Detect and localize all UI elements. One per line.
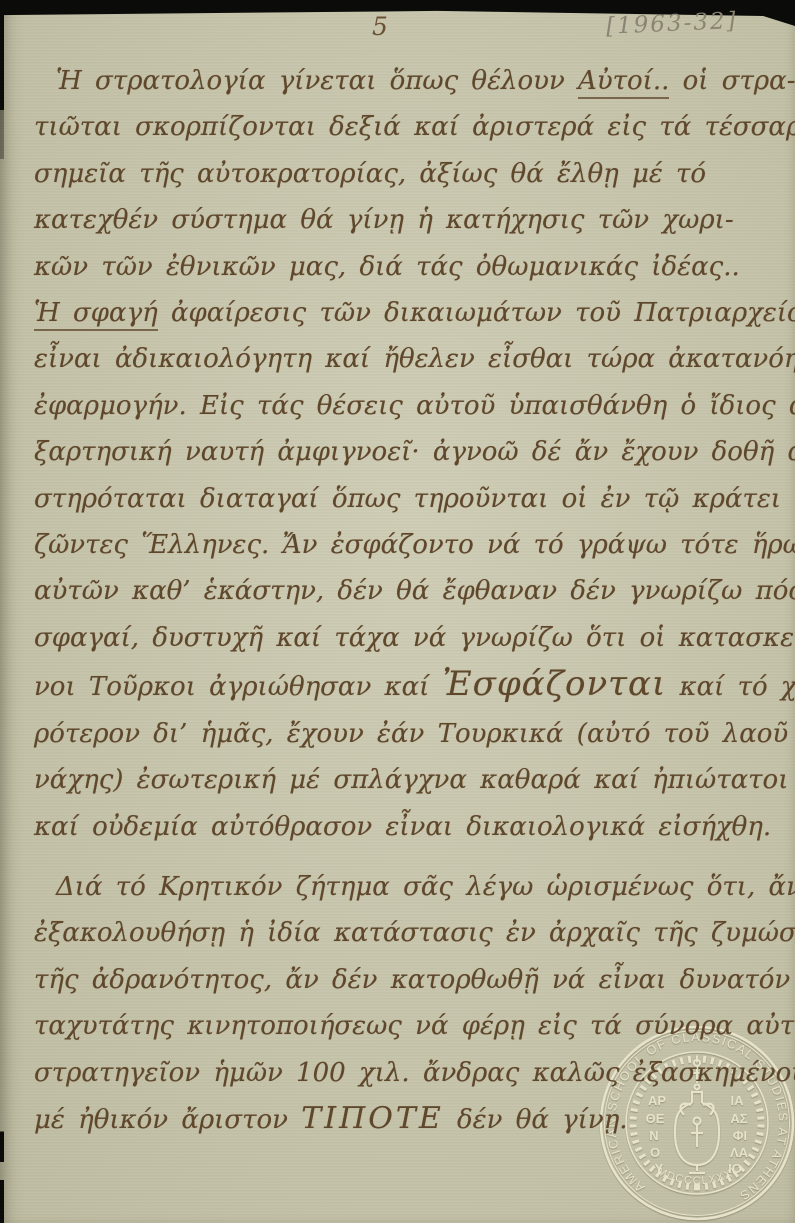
manuscript-line: καί οὐδεμία αὐτόθρασον εἶναι δικαιολογικ… (34, 804, 782, 850)
manuscript-line: τῆς ἀδρανότητος, ἄν δέν κατορθωθῇ νά εἶν… (34, 957, 782, 1003)
manuscript-line: τιῶται σκορπίζονται δεξιά καί ἀριστερά ε… (34, 104, 782, 150)
page-number: 5 (372, 12, 388, 41)
manuscript-line: ζῶντες Ἕλληνες. Ἄν ἐσφάζοντο νά τό γράψω… (34, 522, 782, 568)
manuscript-line: ἐφαρμογήν. Εἰς τάς θέσεις αὐτοῦ ὑπαισθάν… (34, 383, 782, 429)
caps-word: ΤΙΠΟΤΕ (301, 1101, 444, 1136)
manuscript-line: ταχυτάτης κινητοποιήσεως νά φέρῃ εἰς τά … (34, 1003, 782, 1049)
line-text: καί τό χει- (666, 672, 795, 702)
manuscript-scan: 5 [1963-32] AMERICAN SCHOOL OF CLASSICAL… (0, 0, 795, 1223)
manuscript-line: σφαγαί, δυστυχῆ καί τάχα νά γνωρίζω ὅτι … (34, 615, 782, 661)
manuscript-line: Ἡ στρατολογία γίνεται ὅπως θέλουν Αὐτοί.… (34, 58, 782, 104)
manuscript-line: σημεῖα τῆς αὐτοκρατορίας, ἀξίως θά ἔλθῃ … (34, 151, 782, 197)
line-text: δέν θά γίνῃ. (444, 1105, 628, 1135)
manuscript-line: ἐξακολουθήσῃ ἡ ἰδία κατάστασις ἐν ἀρχαῖς… (34, 910, 782, 956)
line-text: ἀφαίρεσις τῶν δικαιωμάτων τοῦ Πατριαρχεί… (158, 298, 795, 328)
line-text: μέ ἠθικόν ἄριστον (34, 1105, 301, 1135)
manuscript-line: αὐτῶν καθ’ ἑκάστην, δέν θά ἔφθαναν δέν γ… (34, 568, 782, 614)
manuscript-line: στρατηγεῖον ἡμῶν 100 χιλ. ἄνδρας καλῶς ἐ… (34, 1050, 782, 1096)
underlined-word: Αὐτοί.. (578, 66, 669, 99)
manuscript-line: μέ ἠθικόν ἄριστον ΤΙΠΟΤΕ δέν θά γίνῃ. (34, 1096, 782, 1143)
manuscript-line: εἶναι ἀδικαιολόγητη καί ἤθελεν εἶσθαι τώ… (34, 336, 782, 382)
manuscript-line: νοι Τοῦρκοι ἀγριώθησαν καί Ἐσφάζονται κα… (34, 661, 782, 710)
manuscript-line: ξαρτησική ναυτή ἀμφιγνοεῖ· ἀγνοῶ δέ ἄν ἔ… (34, 429, 782, 475)
manuscript-line: νάχης) ἐσωτερική μέ σπλάγχνα καθαρά καί … (34, 757, 782, 803)
scan-left-edge (0, 0, 4, 1223)
manuscript-line: Ἡ σφαγή ἀφαίρεσις τῶν δικαιωμάτων τοῦ Πα… (34, 290, 782, 336)
emphasized-word: Ἐσφάζονται (443, 664, 667, 704)
manuscript-line: ρότερον δι’ ἡμᾶς, ἔχουν ἐάν Τουρκικά (αὐ… (34, 711, 782, 757)
svg-text:ΙΟ: ΙΟ (728, 1161, 742, 1176)
manuscript-line: Διά τό Κρητικόν ζήτημα σᾶς λέγω ὡρισμένω… (34, 864, 782, 910)
line-text: νοι Τοῦρκοι ἀγριώθησαν καί (34, 672, 443, 702)
svg-text:ΛΑ: ΛΑ (730, 1145, 749, 1160)
svg-text:Υ: Υ (655, 1161, 664, 1176)
line-text: Ἡ στρατολογία γίνεται ὅπως θέλουν (56, 66, 578, 96)
manuscript-line: κῶν τῶν ἐθνικῶν μας, διά τάς ὀθωμανικάς … (34, 244, 782, 290)
underlined-word: Ἡ σφαγή (34, 298, 158, 331)
manuscript-line: κατεχθέν σύστημα θά γίνῃ ἡ κατήχησις τῶν… (34, 197, 782, 243)
manuscript-line: στηρόταται διαταγαί ὅπως τηροῦνται οἱ ἐν… (34, 476, 782, 522)
line-text: οἱ στρα- (669, 66, 795, 96)
svg-text:Ο: Ο (650, 1145, 660, 1160)
manuscript: Ἡ στρατολογία γίνεται ὅπως θέλουν Αὐτοί.… (34, 58, 782, 1143)
